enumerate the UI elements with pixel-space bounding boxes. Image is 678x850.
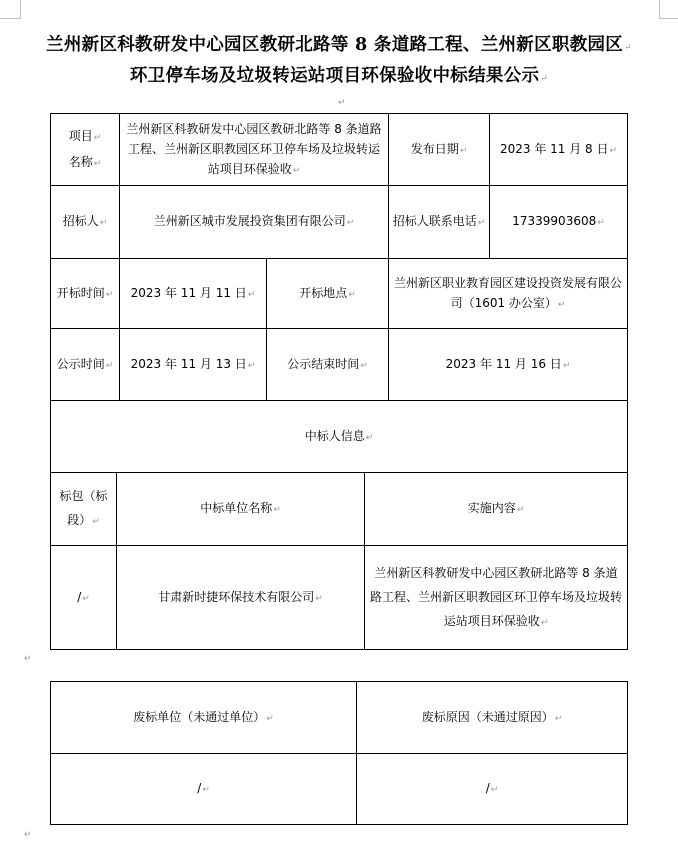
paragraph-mark-icon: ↵ [541, 618, 549, 628]
paragraph-mark-icon: ↵ [266, 714, 274, 724]
tenderer-phone-value-cell: 17339903608↵ [490, 186, 628, 259]
paragraph-mark-icon: ↵ [348, 290, 356, 300]
table-row: 中标人信息↵ [51, 401, 628, 473]
label-text: 招标人 [63, 214, 99, 228]
winner-company-value-cell: 甘肃新时捷环保技术有限公司↵ [117, 546, 365, 650]
paragraph-mark-icon: ↵ [24, 830, 32, 840]
value-text: / [197, 781, 201, 795]
document-title-line-1: 兰州新区科教研发中心园区教研北路等 8 条道路工程、兰州新区职教园区↵ [0, 31, 678, 56]
page-corner-mark-top-right [659, 0, 678, 19]
paragraph-mark-icon: ↵ [293, 166, 301, 176]
publicity-time-value-cell: 2023 年 11 月 13 日↵ [120, 329, 267, 401]
value-text: 兰州新区城市发展投资集团有限公司 [154, 214, 346, 228]
paragraph-mark-icon: ↵ [563, 361, 571, 371]
paragraph-mark-icon: ↵ [100, 218, 108, 228]
table-row: 项目↵ 名称↵ 兰州新区科教研发中心园区教研北路等 8 条道路工程、兰州新区职教… [51, 114, 628, 186]
paragraph-mark-icon: ↵ [92, 517, 100, 527]
project-name-label-cell: 项目↵ 名称↵ [51, 114, 120, 186]
rejected-reason-header-cell: 废标原因（未通过原因）↵ [357, 682, 628, 754]
paragraph-mark-icon: ↵ [610, 146, 618, 156]
rejected-bids-table: 废标单位（未通过单位）↵ 废标原因（未通过原因）↵ /↵ /↵ [50, 681, 628, 825]
paragraph-mark-icon: ↵ [347, 218, 355, 228]
title-text: 环卫停车场及垃圾转运站项目环保验收中标结果公示 [130, 66, 539, 86]
paragraph-mark-icon: ↵ [106, 290, 114, 300]
label-text: 公示结束时间 [287, 357, 359, 371]
publicity-end-label-cell: 公示结束时间↵ [267, 329, 389, 401]
table-header-row: 废标单位（未通过单位）↵ 废标原因（未通过原因）↵ [51, 682, 628, 754]
paragraph-mark-icon: ↵ [517, 505, 525, 515]
table-row: /↵ /↵ [51, 754, 628, 825]
paragraph-mark-icon: ↵ [273, 505, 281, 515]
value-text: 17339903608 [512, 214, 596, 228]
rejected-unit-value-cell: /↵ [51, 754, 357, 825]
label-text: 项目 [69, 129, 93, 143]
value-text: 2023 年 11 月 11 日 [131, 286, 247, 300]
table-row: 开标时间↵ 2023 年 11 月 11 日↵ 开标地点↵ 兰州新区职业教育园区… [51, 259, 628, 329]
table-row: /↵ 甘肃新时捷环保技术有限公司↵ 兰州新区科教研发中心园区教研北路等 8 条道… [51, 546, 628, 650]
header-text: 中标单位名称 [200, 501, 272, 515]
label-text: 开标时间 [57, 286, 105, 300]
header-text: 废标单位（未通过单位） [133, 710, 265, 724]
winner-table: 标包（标段）↵ 中标单位名称↵ 实施内容↵ /↵ 甘肃新时捷环保技术有限公司↵ … [50, 472, 628, 650]
value-text: 兰州新区科教研发中心园区教研北路等 8 条道路工程、兰州新区职教园区环卫停车场及… [126, 122, 381, 176]
winner-section-title-cell: 中标人信息↵ [51, 401, 628, 473]
paragraph-mark-icon: ↵ [366, 433, 374, 443]
paragraph-mark-icon: ↵ [460, 146, 468, 156]
paragraph-mark-icon: ↵ [106, 361, 114, 371]
paragraph-mark-icon: ↵ [82, 594, 90, 604]
paragraph-mark-icon: ↵ [555, 714, 563, 724]
paragraph-mark-icon: ↵ [624, 43, 632, 53]
winner-company-header-cell: 中标单位名称↵ [117, 473, 365, 546]
header-text: 废标原因（未通过原因） [422, 710, 554, 724]
content-header-cell: 实施内容↵ [365, 473, 628, 546]
tenderer-value-cell: 兰州新区城市发展投资集团有限公司↵ [120, 186, 389, 259]
label-text: 招标人联系电话 [393, 214, 477, 228]
tenderer-phone-label-cell: 招标人联系电话↵ [389, 186, 490, 259]
value-text: 兰州新区职业教育园区建设投资发展有限公司（1601 办公室） [394, 276, 622, 310]
paragraph-mark-icon: ↵ [540, 74, 548, 84]
paragraph-mark-icon: ↵ [202, 785, 210, 795]
value-text: 甘肃新时捷环保技术有限公司 [158, 590, 314, 604]
label-text: 公示时间 [57, 357, 105, 371]
header-text: 实施内容 [468, 501, 516, 515]
publicity-end-value-cell: 2023 年 11 月 16 日↵ [389, 329, 628, 401]
value-text: 2023 年 11 月 8 日 [500, 142, 609, 156]
document-title-line-2: 环卫停车场及垃圾转运站项目环保验收中标结果公示↵ [0, 62, 678, 87]
page-corner-mark-top-left [0, 0, 21, 19]
section-title-text: 中标人信息 [305, 429, 365, 443]
label-text: 名称 [69, 155, 93, 169]
header-text: 标包（标段） [59, 489, 107, 527]
paragraph-mark-icon: ↵ [315, 594, 323, 604]
title-text: 兰州新区科教研发中心园区教研北路等 8 条道路工程、兰州新区职教园区 [46, 35, 623, 55]
value-text: 2023 年 11 月 16 日 [446, 357, 562, 371]
publish-date-label-cell: 发布日期↵ [389, 114, 490, 186]
lot-header-cell: 标包（标段）↵ [51, 473, 117, 546]
paragraph-mark-icon: ↵ [491, 785, 499, 795]
paragraph-mark-icon: ↵ [24, 654, 32, 664]
paragraph-mark-icon: ↵ [94, 159, 102, 169]
paragraph-mark-icon: ↵ [248, 361, 256, 371]
paragraph-mark-icon: ↵ [558, 300, 566, 310]
tenderer-label-cell: 招标人↵ [51, 186, 120, 259]
publish-date-value-cell: 2023 年 11 月 8 日↵ [490, 114, 628, 186]
paragraph-mark-icon: ↵ [597, 218, 605, 228]
bid-open-time-label-cell: 开标时间↵ [51, 259, 120, 329]
paragraph-mark-icon: ↵ [338, 98, 346, 108]
rejected-unit-header-cell: 废标单位（未通过单位）↵ [51, 682, 357, 754]
rejected-reason-value-cell: /↵ [357, 754, 628, 825]
paragraph-mark-icon: ↵ [360, 361, 368, 371]
paragraph-mark-icon: ↵ [248, 290, 256, 300]
bid-open-place-value-cell: 兰州新区职业教育园区建设投资发展有限公司（1601 办公室）↵ [389, 259, 628, 329]
paragraph-mark-icon: ↵ [478, 218, 486, 228]
paragraph-mark-icon: ↵ [94, 133, 102, 143]
content-value-cell: 兰州新区科教研发中心园区教研北路等 8 条道路工程、兰州新区职教园区环卫停车场及… [365, 546, 628, 650]
lot-value-cell: /↵ [51, 546, 117, 650]
value-text: 2023 年 11 月 13 日 [131, 357, 247, 371]
table-row: 公示时间↵ 2023 年 11 月 13 日↵ 公示结束时间↵ 2023 年 1… [51, 329, 628, 401]
value-text: / [77, 590, 81, 604]
publicity-time-label-cell: 公示时间↵ [51, 329, 120, 401]
label-text: 发布日期 [411, 142, 459, 156]
bid-open-time-value-cell: 2023 年 11 月 11 日↵ [120, 259, 267, 329]
table-row: 招标人↵ 兰州新区城市发展投资集团有限公司↵ 招标人联系电话↵ 17339903… [51, 186, 628, 259]
project-name-value-cell: 兰州新区科教研发中心园区教研北路等 8 条道路工程、兰州新区职教园区环卫停车场及… [120, 114, 389, 186]
table-header-row: 标包（标段）↵ 中标单位名称↵ 实施内容↵ [51, 473, 628, 546]
label-text: 开标地点 [299, 286, 347, 300]
value-text: 兰州新区科教研发中心园区教研北路等 8 条道路工程、兰州新区职教园区环卫停车场及… [370, 566, 622, 628]
bid-open-place-label-cell: 开标地点↵ [267, 259, 389, 329]
value-text: / [486, 781, 490, 795]
tender-info-table: 项目↵ 名称↵ 兰州新区科教研发中心园区教研北路等 8 条道路工程、兰州新区职教… [50, 113, 628, 473]
